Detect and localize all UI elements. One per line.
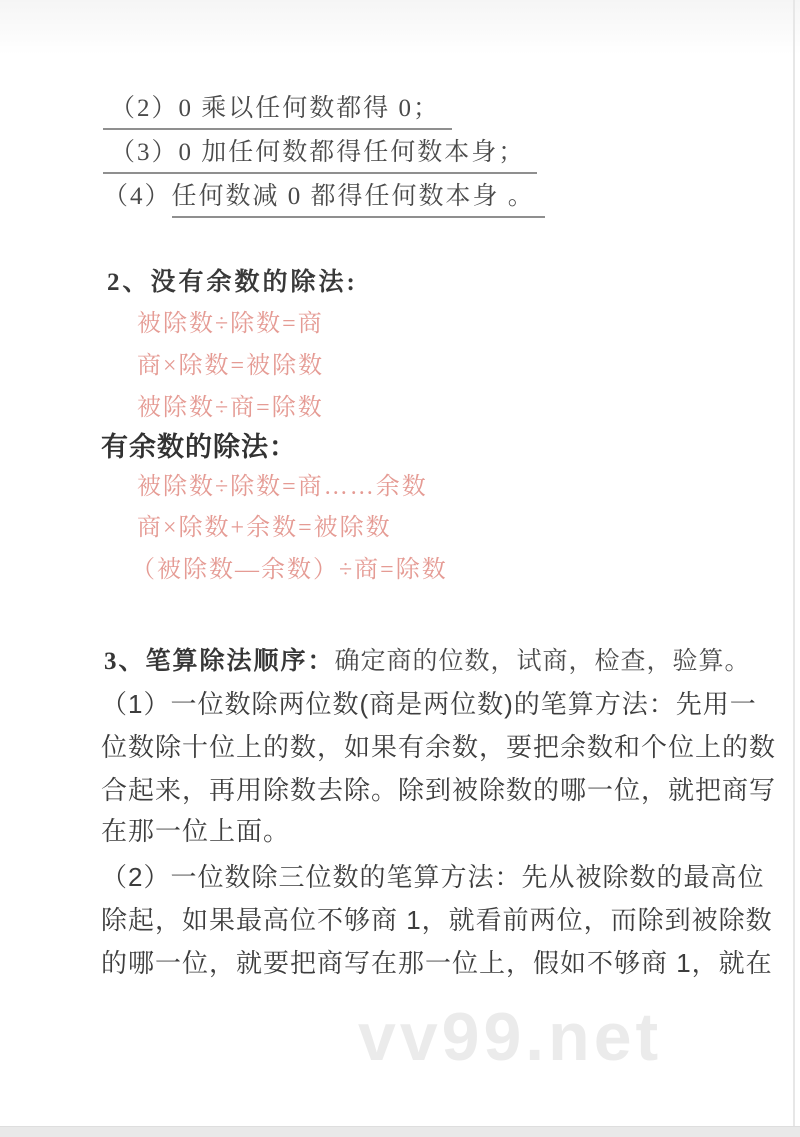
rule-zero-add: （3）0 加任何数都得任何数本身； xyxy=(103,132,537,174)
rule-zero-multiply-text: （2）0 乘以任何数都得 0； xyxy=(103,88,452,130)
para2-line1: （2）一位数除三位数的笔算方法：先从被除数的最高位 xyxy=(101,857,764,894)
heading-division-no-remainder: 2、没有余数的除法: xyxy=(107,262,358,298)
rule-body: 任何数减 0 都得任何数本身 。 xyxy=(172,176,545,218)
heading-division-with-remainder: 有余数的除法： xyxy=(101,425,297,464)
para1-line3: 合起来，再用除数去除。除到被除数的哪一位，就把商写 xyxy=(101,770,776,807)
formula-remainder-division: 被除数÷除数=商……余数 xyxy=(137,466,428,501)
para1-line4: 在那一位上面。 xyxy=(101,811,290,848)
formula-dividend-over-quotient: 被除数÷商=除数 xyxy=(137,387,324,422)
rule-body: 0 乘以任何数都得 0； xyxy=(179,95,441,122)
written-division-heading-rest: 确定商的位数，试商，检查，验算。 xyxy=(335,648,751,675)
rule-zero-subtract: （4）任何数减 0 都得任何数本身 。 xyxy=(103,176,545,218)
top-scan-shade xyxy=(0,0,800,55)
heading-written-division: 3、笔算除法顺序：确定商的位数，试商，检查，验算。 xyxy=(104,641,751,677)
watermark-text: vv99.net xyxy=(358,998,662,1076)
para2-line3: 的哪一位，就要把商写在那一位上，假如不够商 1，就在 xyxy=(101,943,773,980)
formula-find-divisor: （被除数—余数）÷商=除数 xyxy=(131,549,448,584)
rule-prefix: （2） xyxy=(110,95,179,122)
para1-line1: （1）一位数除两位数(商是两位数)的笔算方法：先用一 xyxy=(101,684,757,721)
rule-prefix: （4） xyxy=(103,183,172,210)
rule-zero-multiply: （2）0 乘以任何数都得 0； xyxy=(103,88,452,130)
document-page: （2）0 乘以任何数都得 0； （3）0 加任何数都得任何数本身； （4）任何数… xyxy=(0,0,800,1137)
formula-quotient-times-divisor: 商×除数=被除数 xyxy=(137,345,324,380)
rule-prefix: （3） xyxy=(110,139,179,166)
rule-body: 0 加任何数都得任何数本身； xyxy=(179,139,526,166)
written-division-heading-bold: 3、笔算除法顺序： xyxy=(104,648,335,675)
para2-line2: 除起，如果最高位不够商 1，就看前两位，而除到被除数 xyxy=(101,900,773,937)
formula-dividend-divisor-quotient: 被除数÷除数=商 xyxy=(137,303,324,338)
rule-zero-add-text: （3）0 加任何数都得任何数本身； xyxy=(103,132,537,174)
page-bottom-edge xyxy=(0,1126,800,1137)
para1-line2: 位数除十位上的数，如果有余数，要把余数和个位上的数 xyxy=(101,727,776,764)
page-right-edge xyxy=(793,0,795,1126)
formula-check-multiplication: 商×除数+余数=被除数 xyxy=(137,507,392,542)
